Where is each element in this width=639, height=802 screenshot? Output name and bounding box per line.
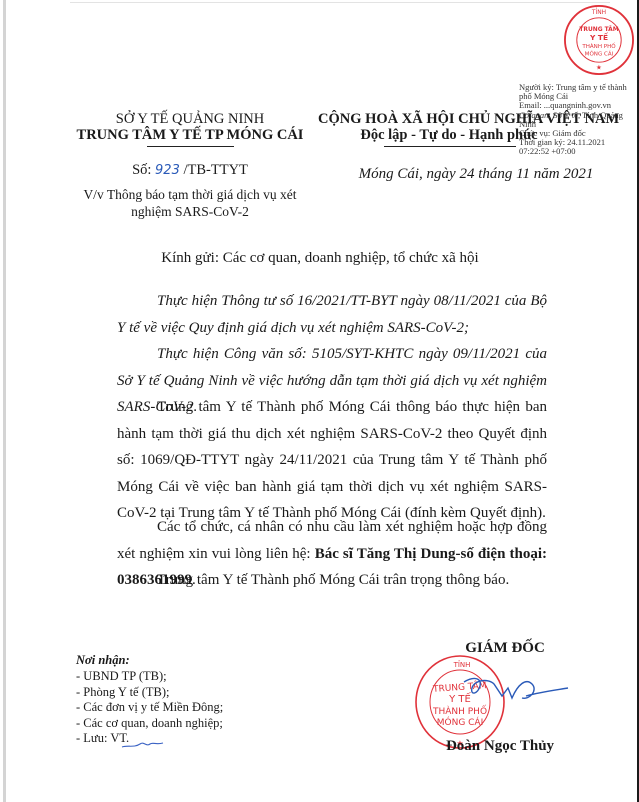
document-subject: V/v Thông báo tạm thời giá dịch vụ xét n… — [70, 186, 310, 220]
recipient-item: - Các cơ quan, doanh nghiệp; — [76, 716, 223, 732]
svg-text:★: ★ — [596, 64, 602, 72]
agency-name: TRUNG TÂM Y TẾ TP MÓNG CÁI — [70, 127, 310, 144]
paragraph-legal-basis-1: Thực hiện Thông tư số 16/2021/TT-BYT ngà… — [117, 288, 547, 341]
handwritten-initials-icon — [120, 738, 165, 750]
signer-name: Đoàn Ngọc Thủy — [425, 738, 575, 755]
paragraph-closing: Trung tâm Y tế Thành phố Móng Cái trân t… — [117, 567, 547, 594]
esign-time: Thời gian ký: 24.11.2021 07:22:52 +07:00 — [519, 138, 637, 156]
stamp-line-2: Y TẾ — [589, 32, 609, 42]
handwritten-number: 923 — [155, 163, 180, 178]
digital-signature-info: Người ký: Trung tâm y tế thành phố Móng … — [519, 83, 637, 157]
scan-top-line — [70, 2, 610, 3]
place-date: Móng Cái, ngày 24 tháng 11 năm 2021 — [345, 166, 607, 183]
official-stamp-icon: TỈNH TRUNG TÂM Y TẾ THÀNH PHỐ MÓNG CÁI ★ — [562, 3, 636, 77]
number-label: Số: — [132, 162, 155, 178]
document-page: SỞ Y TẾ QUẢNG NINH TRUNG TÂM Y TẾ TP MÓN… — [0, 0, 639, 802]
esign-org: Cơ quan: Sở Y tế, Tỉnh Quảng Ninh — [519, 111, 637, 129]
svg-text:TỈNH: TỈNH — [453, 660, 471, 669]
recipients-title: Nơi nhận: — [76, 653, 130, 668]
recipients-list: - UBND TP (TB); - Phòng Y tế (TB); - Các… — [76, 669, 223, 747]
recipient-item: - UBND TP (TB); — [76, 669, 223, 685]
svg-text:MÓNG CÁI: MÓNG CÁI — [437, 716, 484, 728]
stamp-line-3: THÀNH PHỐ — [581, 42, 616, 50]
paragraph-announcement: Trung tâm Y tế Thành phố Móng Cái thông … — [117, 394, 547, 527]
stamp-line-1: TRUNG TÂM — [579, 26, 618, 33]
number-suffix: /TB-TTYT — [180, 162, 248, 178]
page-left-edge — [3, 0, 6, 802]
recipient-line: Kính gửi: Các cơ quan, doanh nghiệp, tổ … — [100, 250, 540, 267]
agency-underline — [147, 146, 234, 147]
document-number: Số: 923 /TB-TTYT — [70, 162, 310, 179]
recipient-item: - Các đơn vị y tế Miền Đông; — [76, 700, 223, 716]
handwritten-signature-icon — [460, 670, 570, 710]
stamp-line-4: MÓNG CÁI — [585, 51, 614, 58]
motto-underline — [384, 146, 516, 147]
esign-signer: Người ký: Trung tâm y tế thành phố Móng … — [519, 83, 637, 101]
recipient-item: - Phòng Y tế (TB); — [76, 685, 223, 701]
svg-text:TỈNH: TỈNH — [591, 8, 606, 16]
parent-agency: SỞ Y TẾ QUẢNG NINH — [70, 111, 310, 128]
